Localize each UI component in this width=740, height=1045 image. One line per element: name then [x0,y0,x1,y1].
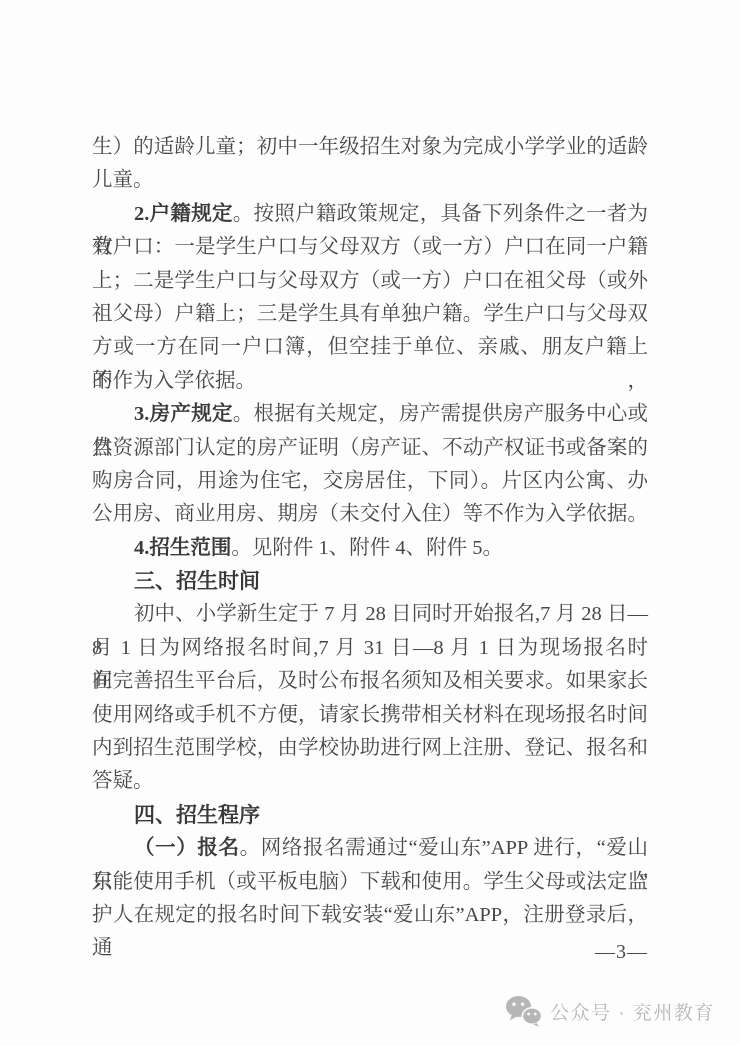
watermark-label: 公众号 · 兖州教育 [550,998,715,1025]
page-number: —3— [92,941,648,964]
doc-line-11: 购房合同，用途为住宅，交房居住，下同）。片区内公寓、办 [92,465,648,498]
line-text: 效户口：一是学生户口与父母双方（或一方）户口在同一户籍 [92,236,648,258]
watermark: 公众号 · 兖州教育 [505,995,715,1027]
line-text: 上；二是学生户口与父母双方（或一方）户口在祖父母（或外 [92,270,648,292]
paragraph-lead: 2.户籍规定 [134,203,233,225]
heading-text: 四、招生程序 [134,804,260,827]
doc-line-20: 答疑。 [92,765,648,798]
line-text: 祖父母）户籍上；三是学生具有单独户籍。学生户口与父母双 [92,303,648,325]
doc-line-17: 在完善招生平台后，及时公布报名须知及相关要求。如果家长 [92,665,648,698]
doc-line-3: 2.户籍规定。按照户籍政策规定，具备下列条件之一者为有 [92,198,648,231]
doc-line-1: 生）的适龄儿童；初中一年级招生对象为完成小学学业的适龄 [92,131,648,164]
line-text: 公用房、商业用房、期房（未交付入住）等不作为入学依据。 [92,503,648,525]
doc-line-10: 然资源部门认定的房产证明（房产证、不动产权证书或备案的 [92,432,648,465]
paragraph-lead: 3.房产规定 [134,403,233,425]
doc-line-13: 4.招生范围。见附件 1、附件 4、附件 5。 [92,532,648,565]
doc-line-18: 使用网络或手机不方便，请家长携带相关材料在现场报名时间 [92,699,648,732]
document-body: 生）的适龄儿童；初中一年级招生对象为完成小学学业的适龄 儿童。 2.户籍规定。按… [92,131,648,932]
doc-line-19: 内到招生范围学校，由学校协助进行网上注册、登记、报名和 [92,732,648,765]
line-text: 然资源部门认定的房产证明（房产证、不动产权证书或备案的 [92,437,648,459]
doc-line-7: 方或一方在同一户口簿，但空挂于单位、亲戚、朋友户籍上的， [92,331,648,364]
line-text: 生）的适龄儿童；初中一年级招生对象为完成小学学业的适龄 [92,136,648,158]
doc-line-23: 只能使用手机（或平板电脑）下载和使用。学生父母或法定监 [92,866,648,899]
line-text: 。见附件 1、附件 4、附件 5。 [231,537,503,559]
doc-line-16: 月 1 日为网络报名时间,7 月 31 日—8 月 1 日为现场报名时间。 [92,632,648,665]
doc-line-6: 祖父母）户籍上；三是学生具有单独户籍。学生户口与父母双 [92,298,648,331]
section-heading-4: 四、招生程序 [92,799,648,832]
line-text: 儿童。 [92,169,154,191]
line-text: 内到招生范围学校，由学校协助进行网上注册、登记、报名和 [92,737,648,759]
wechat-icon [505,995,541,1027]
doc-line-15: 初中、小学新生定于 7 月 28 日同时开始报名,7 月 28 日—8 [92,598,648,631]
doc-line-22: （一）报名。网络报名需通过“爱山东”APP 进行，“爱山东” [92,832,648,865]
doc-line-24: 护人在规定的报名时间下载安装“爱山东”APP，注册登录后，通 [92,899,648,932]
heading-text: 三、招生时间 [134,570,260,593]
paragraph-lead: 4.招生范围 [134,537,231,559]
doc-line-2: 儿童。 [92,164,648,197]
line-text: 答疑。 [92,770,154,792]
line-text: 在完善招生平台后，及时公布报名须知及相关要求。如果家长 [92,670,648,692]
doc-line-4: 效户口：一是学生户口与父母双方（或一方）户口在同一户籍 [92,231,648,264]
doc-line-9: 3.房产规定。根据有关规定，房产需提供房产服务中心或自 [92,398,648,431]
paragraph-lead: （一）报名 [134,837,240,859]
line-text: 购房合同，用途为住宅，交房居住，下同）。片区内公寓、办 [92,470,648,492]
doc-line-5: 上；二是学生户口与父母双方（或一方）户口在祖父母（或外 [92,265,648,298]
line-text: 不作为入学依据。 [92,370,256,392]
line-text: 使用网络或手机不方便，请家长携带相关材料在现场报名时间 [92,704,648,726]
document-page: 生）的适龄儿童；初中一年级招生对象为完成小学学业的适龄 儿童。 2.户籍规定。按… [0,0,740,1045]
doc-line-12: 公用房、商业用房、期房（未交付入住）等不作为入学依据。 [92,498,648,531]
section-heading-3: 三、招生时间 [92,565,648,598]
line-text: 只能使用手机（或平板电脑）下载和使用。学生父母或法定监 [92,871,648,893]
